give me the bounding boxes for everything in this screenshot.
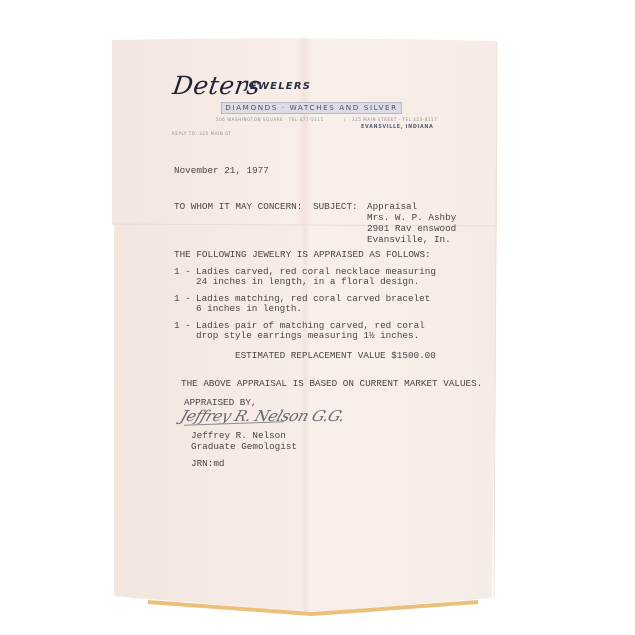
- subject-label: SUBJECT:: [313, 201, 358, 213]
- letter-salutation: TO WHOM IT MAY CONCERN:: [174, 201, 302, 213]
- letterhead-tagline: DIAMONDS · WATCHES AND SILVER: [221, 102, 402, 114]
- letterhead-address-right: 325 MAIN STREET · TEL 423-8117: [352, 117, 437, 122]
- item-quantity: 1 -: [174, 320, 191, 332]
- signer-name: Jeffrey R. Nelson: [191, 430, 286, 442]
- appraisal-basis-statement: THE ABOVE APPRAISAL IS BASED ON CURRENT …: [181, 378, 482, 390]
- subject-line: 2901 Rav enswood: [367, 223, 456, 235]
- appraisal-letter-paper: Deters JEWELERS DIAMONDS · WATCHES AND S…: [0, 0, 635, 635]
- estimated-value: ESTIMATED REPLACEMENT VALUE $1500.00: [235, 350, 436, 362]
- brand-logo-word: JEWELERS: [245, 81, 311, 92]
- appraisal-intro: THE FOLLOWING JEWELRY IS APPRAISED AS FO…: [174, 249, 431, 261]
- letter-content: Deters JEWELERS DIAMONDS · WATCHES AND S…: [0, 0, 635, 635]
- subject-line: Appraisal: [367, 201, 417, 213]
- letterhead-separator: /: [344, 117, 346, 122]
- letterhead-city: EVANSVILLE, INDIANA: [361, 125, 434, 130]
- signer-title: Graduate Gemologist: [191, 441, 297, 453]
- subject-line: Mrs. W. P. Ashby: [367, 212, 456, 224]
- item-quantity: 1 -: [174, 293, 191, 305]
- item-description-cont: drop style earrings measuring 1½ inches.: [196, 330, 419, 342]
- subject-line: Evansville, In.: [367, 234, 451, 246]
- item-description-cont: 6 inches in length.: [196, 303, 302, 315]
- letterhead-reply-to: REPLY TO: 325 MAIN ST: [172, 131, 231, 136]
- reference-initials: JRN:md: [191, 458, 224, 470]
- letter-date: November 21, 1977: [174, 165, 269, 177]
- item-quantity: 1 -: [174, 266, 191, 278]
- item-description-cont: 24 inches in length, in a floral design.: [196, 276, 419, 288]
- letterhead-address-left: 506 WASHINGTON SQUARE · TEL 477-5111: [216, 117, 324, 122]
